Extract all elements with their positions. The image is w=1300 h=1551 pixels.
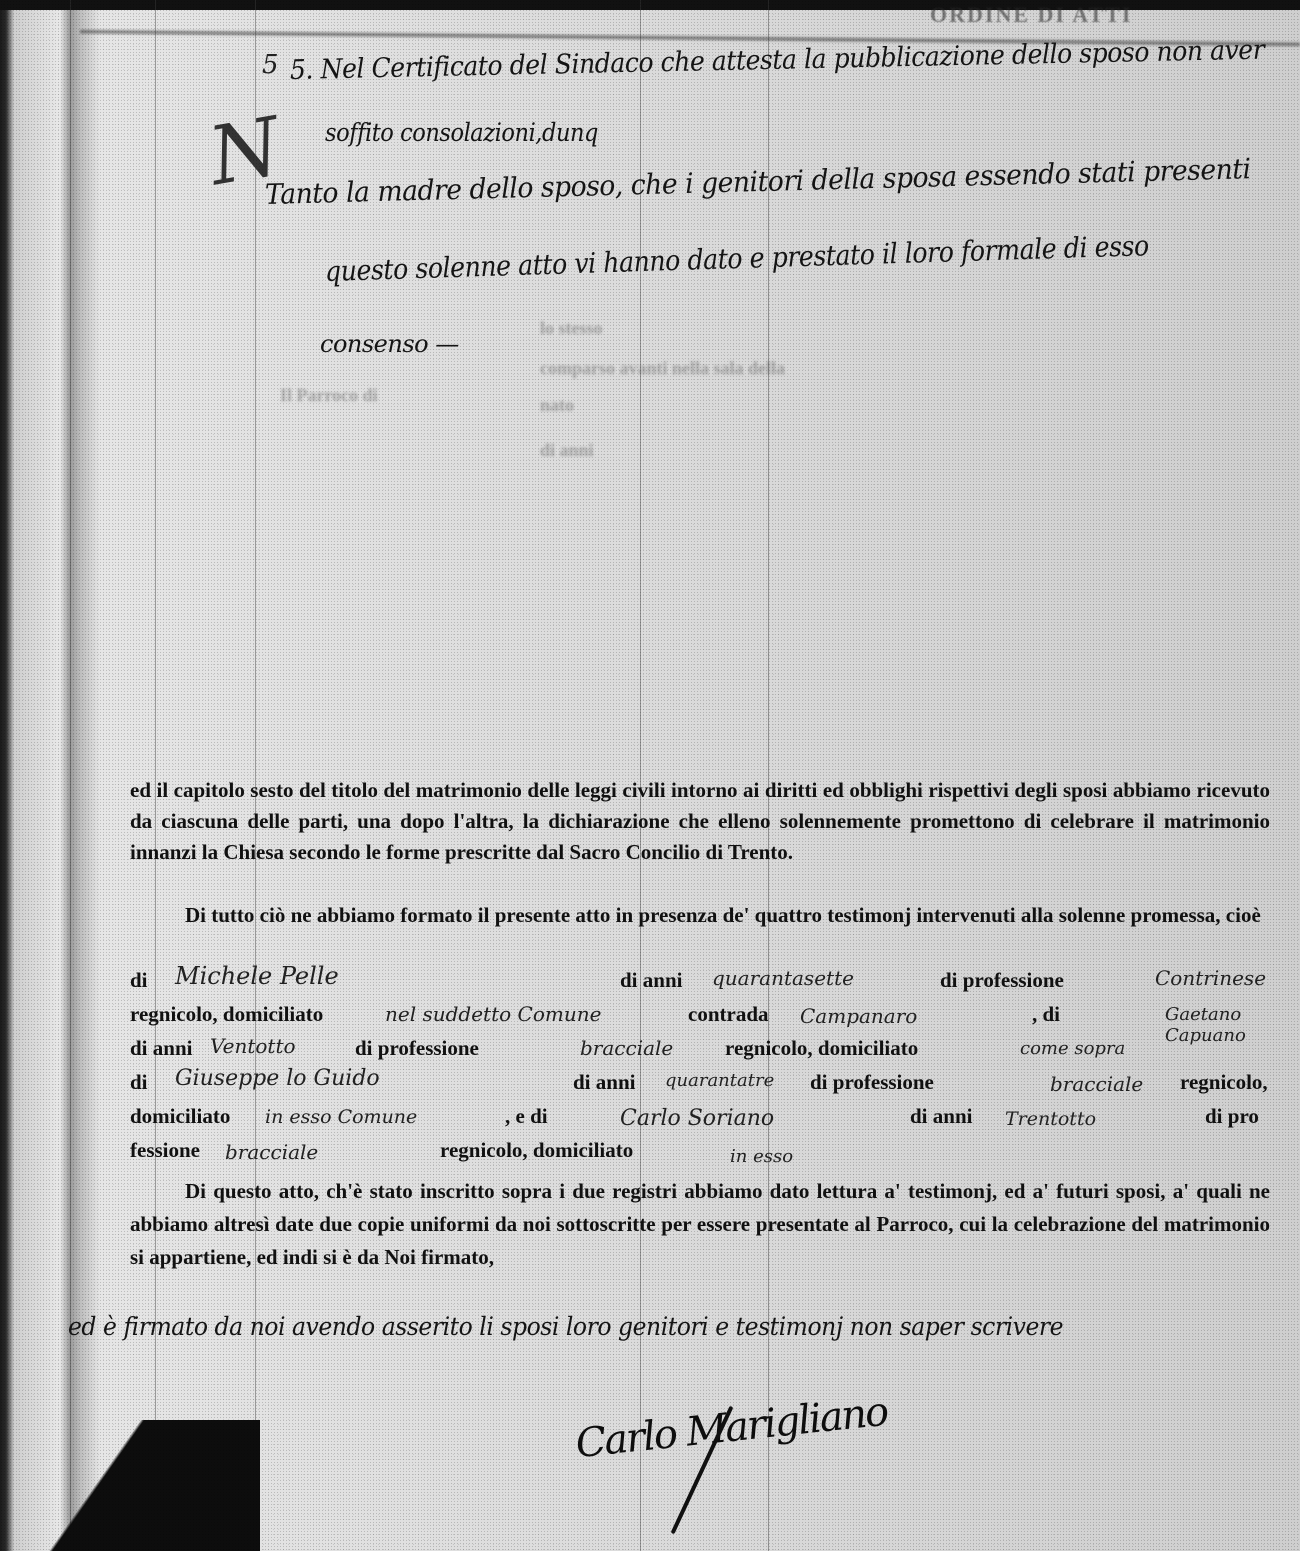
witness-3-age: quarantatre <box>665 1070 774 1091</box>
witness-3-domicile: in esso Comune <box>265 1106 417 1128</box>
printed-text: ed il capitolo sesto del titolo del matr… <box>130 775 1270 868</box>
label-di-professione: di professione <box>355 1036 479 1061</box>
witness-2-age: Ventotto <box>210 1034 296 1058</box>
bleed-through-text: comparso avanti nella sala della <box>540 358 785 379</box>
witness-4-domicile: in esso <box>730 1146 793 1167</box>
annotation-line: Tanto la madre dello sposo, che i genito… <box>265 152 1251 211</box>
label-di-pro: di pro <box>1205 1104 1259 1129</box>
witness-4-age: Trentotto <box>1005 1108 1096 1130</box>
label-regnicolo: regnicolo, <box>1180 1070 1268 1095</box>
label-contrada: contrada <box>688 1002 769 1027</box>
official-signature: Carlo Marigliano <box>573 1389 889 1467</box>
label-domiciliato: domiciliato <box>130 1104 230 1129</box>
header-bleed-text: ORDINE DI ATTI <box>930 2 1132 28</box>
label-e-di: , e di <box>505 1104 548 1129</box>
label-di-anni: di anni <box>130 1036 192 1061</box>
label-di-professione: di professione <box>810 1070 934 1095</box>
annotation-line: soffito consolazioni,dunq <box>325 118 598 147</box>
page-marker: 5 <box>262 50 279 80</box>
witness-3-profession: bracciale <box>1050 1072 1143 1096</box>
scan-corner-shadow <box>0 1420 260 1551</box>
bleed-through-text: Il Parroco di <box>280 385 378 406</box>
label-di: di <box>130 1070 148 1095</box>
witness-2-profession: bracciale <box>580 1036 673 1060</box>
label-di-anni: di anni <box>573 1070 635 1095</box>
printed-text: Di tutto ciò ne abbiamo formato il prese… <box>130 900 1270 931</box>
witness-1-name: Michele Pelle <box>175 962 339 990</box>
label-di: di <box>130 968 148 993</box>
label-comma-di: , di <box>1032 1002 1060 1027</box>
label-regnicolo-domiciliato: regnicolo, domiciliato <box>440 1138 633 1163</box>
label-regnicolo-domiciliato: regnicolo, domiciliato <box>130 1002 323 1027</box>
label-fessione: fessione <box>130 1138 200 1163</box>
bleed-through-text: lo stesso <box>540 318 603 339</box>
witness-4-name: Carlo Soriano <box>620 1106 774 1131</box>
label-di-professione: di professione <box>940 968 1064 993</box>
closing-printed-paragraph: Di questo atto, ch'è stato inscritto sop… <box>130 1175 1270 1274</box>
witness-2-domicile: come sopra <box>1020 1038 1125 1059</box>
label-di-anni: di anni <box>910 1104 972 1129</box>
bleed-through-text: di anni <box>540 440 594 461</box>
bleed-through-text: nato <box>540 395 574 416</box>
annotation-line: consenso — <box>320 330 459 358</box>
witness-2-name: Gaetano Capuano <box>1165 1004 1300 1046</box>
witness-1-street: Campanaro <box>800 1004 917 1028</box>
annotation-line: 5. Nel Certificato del Sindaco che attes… <box>290 35 1265 86</box>
label-regnicolo-domiciliato: regnicolo, domiciliato <box>725 1036 918 1061</box>
printed-paragraph-1: ed il capitolo sesto del titolo del matr… <box>130 775 1270 868</box>
label-di-anni: di anni <box>620 968 682 993</box>
closing-handwritten-note: ed è firmato da noi avendo asserito li s… <box>68 1312 1063 1341</box>
printed-text: Di questo atto, ch'è stato inscritto sop… <box>130 1175 1270 1274</box>
witness-4-profession: bracciale <box>225 1140 318 1164</box>
witness-1-age: quarantasette <box>712 966 854 990</box>
witness-1-profession: Contrinese <box>1155 966 1266 990</box>
witness-3-name: Giuseppe lo Guido <box>175 1066 380 1091</box>
witness-1-domicile: nel suddetto Comune <box>385 1002 601 1026</box>
scanned-page: ORDINE DI ATTI 5 N 5. Nel Certificato de… <box>0 0 1300 1551</box>
annotation-line: questo solenne atto vi hanno dato e pres… <box>324 229 1149 288</box>
printed-paragraph-2: Di tutto ciò ne abbiamo formato il prese… <box>130 900 1270 931</box>
